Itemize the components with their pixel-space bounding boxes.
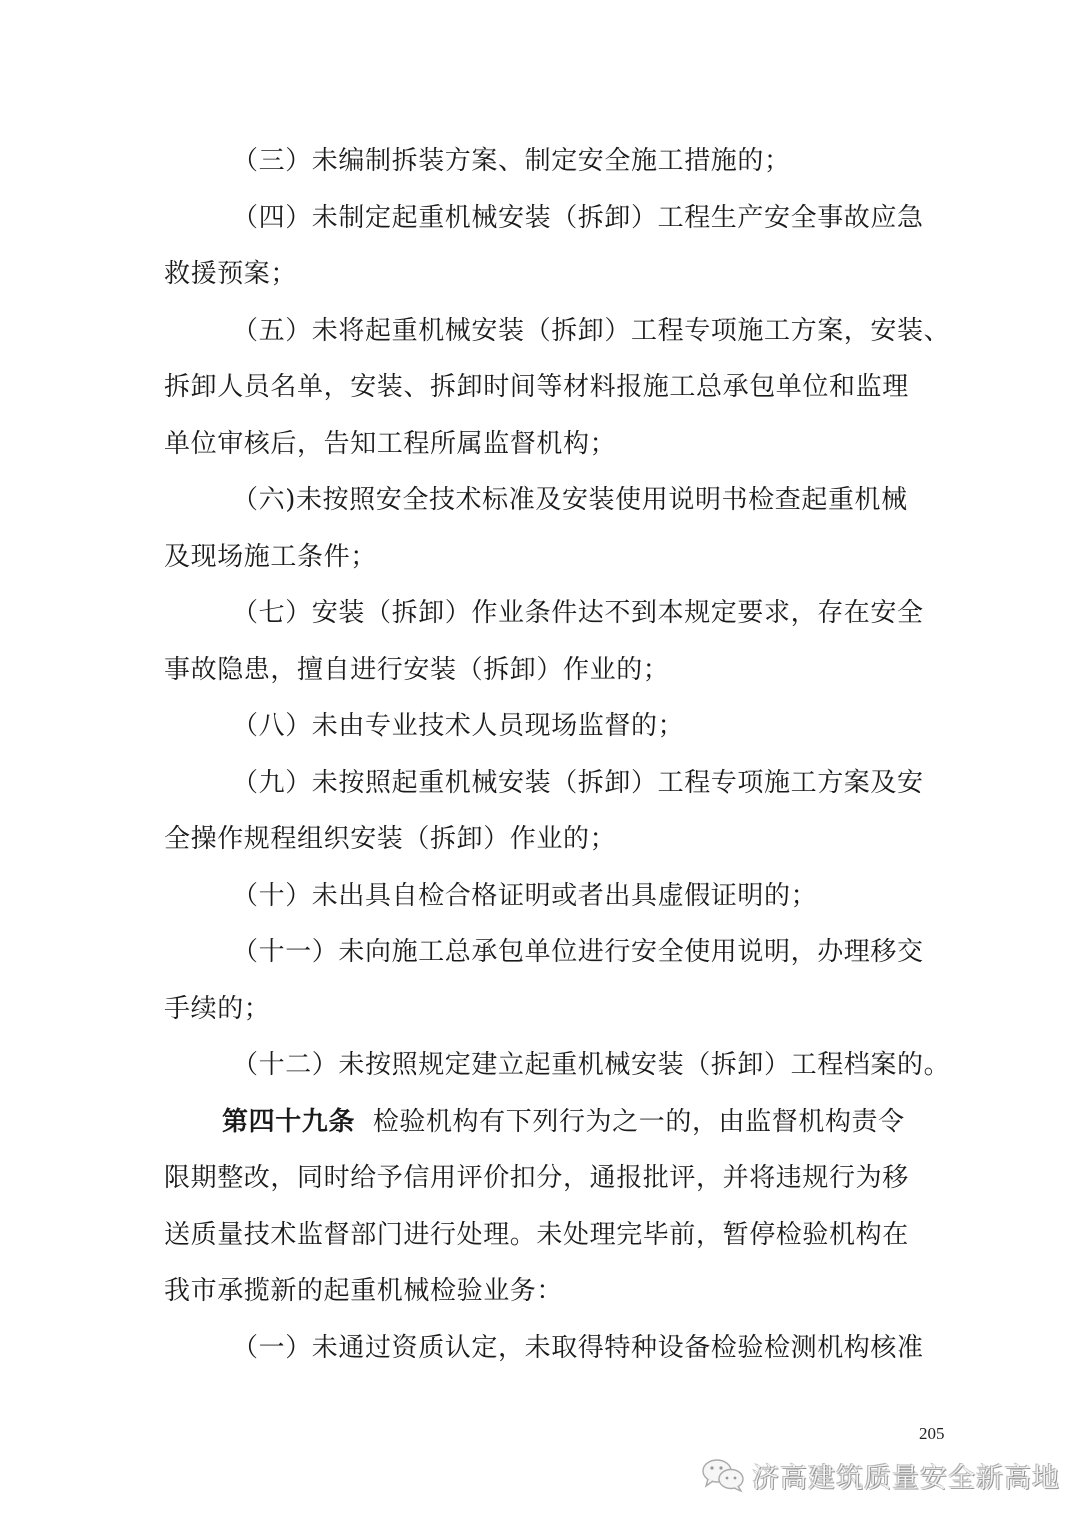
text-line: 单位审核后，告知工程所属监督机构； (164, 424, 616, 464)
watermark-text: 济高建筑质量安全新高地 (752, 1456, 1060, 1495)
text-line: 送质量技术监督部门进行处理。未处理完毕前，暂停检验机构在 (164, 1215, 909, 1255)
article-heading-line: 第四十九条 检验机构有下列行为之一的，由监督机构责令 (222, 1102, 905, 1142)
text-line: （九）未按照起重机械安装（拆卸）工程专项施工方案及安 (232, 763, 924, 803)
text-line: （四）未制定起重机械安装（拆卸）工程生产安全事故应急 (232, 198, 924, 238)
text-line: （一）未通过资质认定，未取得特种设备检验检测机构核准 (232, 1328, 924, 1368)
text-line: （三）未编制拆装方案、制定安全施工措施的； (232, 141, 791, 181)
text-line: （五）未将起重机械安装（拆卸）工程专项施工方案，安装、 (232, 311, 950, 351)
text-line: 及现场施工条件； (164, 537, 377, 577)
article-text: 检验机构有下列行为之一的，由监督机构责令 (355, 1107, 905, 1137)
page-number: 205 (919, 1424, 945, 1444)
text-line: （十二）未按照规定建立起重机械安装（拆卸）工程档案的。 (232, 1045, 950, 1085)
text-line: 事故隐患，擅自进行安装（拆卸）作业的； (164, 650, 669, 690)
article-number: 第四十九条 (222, 1107, 355, 1137)
watermark: 济高建筑质量安全新高地 (700, 1455, 1060, 1495)
text-line: （八）未由专业技术人员现场监督的； (232, 706, 684, 746)
text-line: 救援预案； (164, 254, 297, 294)
text-line: 拆卸人员名单，安装、拆卸时间等材料报施工总承包单位和监理 (164, 367, 909, 407)
wechat-icon (700, 1457, 746, 1493)
text-line: 手续的； (164, 989, 270, 1029)
text-line: （六)未按照安全技术标准及安装使用说明书检查起重机械 (232, 480, 908, 520)
text-line: （十）未出具自检合格证明或者出具虚假证明的； (232, 876, 817, 916)
document-page: （三）未编制拆装方案、制定安全施工措施的； （四）未制定起重机械安装（拆卸）工程… (0, 0, 1080, 1527)
text-line: 全操作规程组织安装（拆卸）作业的； (164, 819, 616, 859)
text-line: （十一）未向施工总承包单位进行安全使用说明，办理移交 (232, 932, 924, 972)
text-line: 我市承揽新的起重机械检验业务： (164, 1271, 563, 1311)
text-line: 限期整改，同时给予信用评价扣分，通报批评，并将违规行为移 (164, 1158, 909, 1198)
text-line: （七）安装（拆卸）作业条件达不到本规定要求，存在安全 (232, 593, 924, 633)
